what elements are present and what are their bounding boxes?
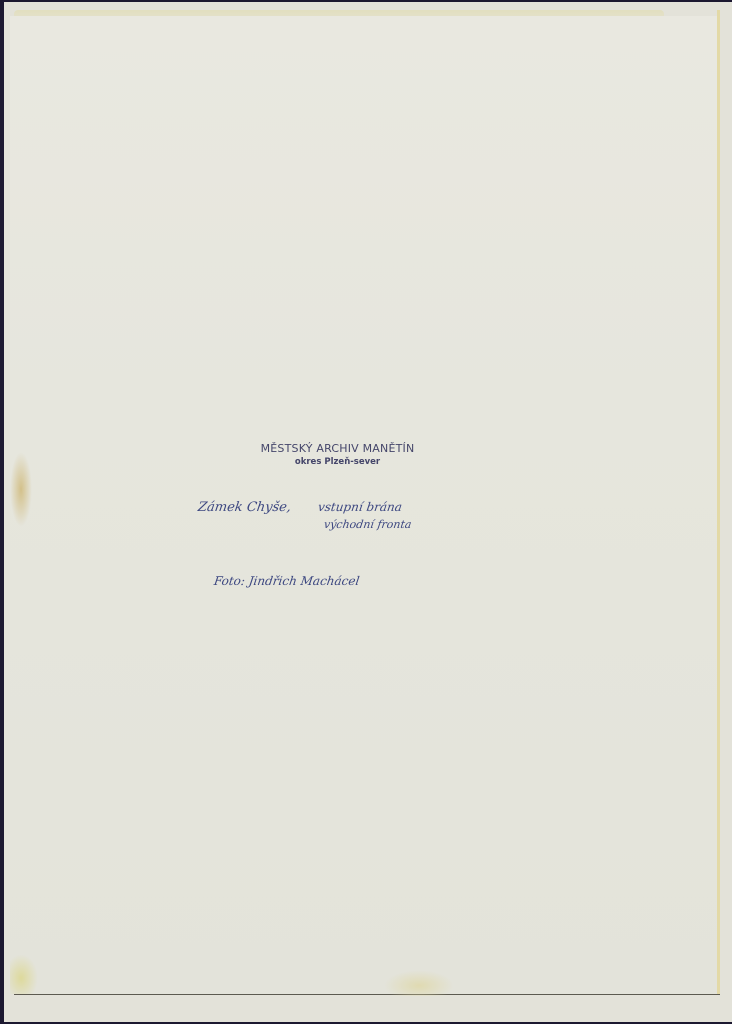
stamp-subtitle: okres Plzeň-sever bbox=[255, 457, 420, 467]
left-edge-stain bbox=[10, 452, 32, 527]
bottom-left-stain bbox=[10, 954, 38, 994]
handwritten-caption-subject: vstupní brána bbox=[317, 500, 403, 514]
handwritten-photo-credit: Foto: Jindřich Machácel bbox=[213, 574, 360, 588]
handwritten-caption-location: Zámek Chyše, bbox=[197, 500, 292, 515]
stamp-title: MĚSTSKÝ ARCHIV MANĚTÍN bbox=[255, 442, 420, 455]
bottom-center-stain bbox=[384, 970, 454, 996]
handwritten-caption-detail: východní fronta bbox=[323, 518, 412, 531]
bottom-paper-edge bbox=[14, 994, 720, 995]
archive-stamp: MĚSTSKÝ ARCHIV MANĚTÍN okres Plzeň-sever bbox=[255, 442, 420, 467]
right-paper-edge bbox=[717, 10, 720, 995]
